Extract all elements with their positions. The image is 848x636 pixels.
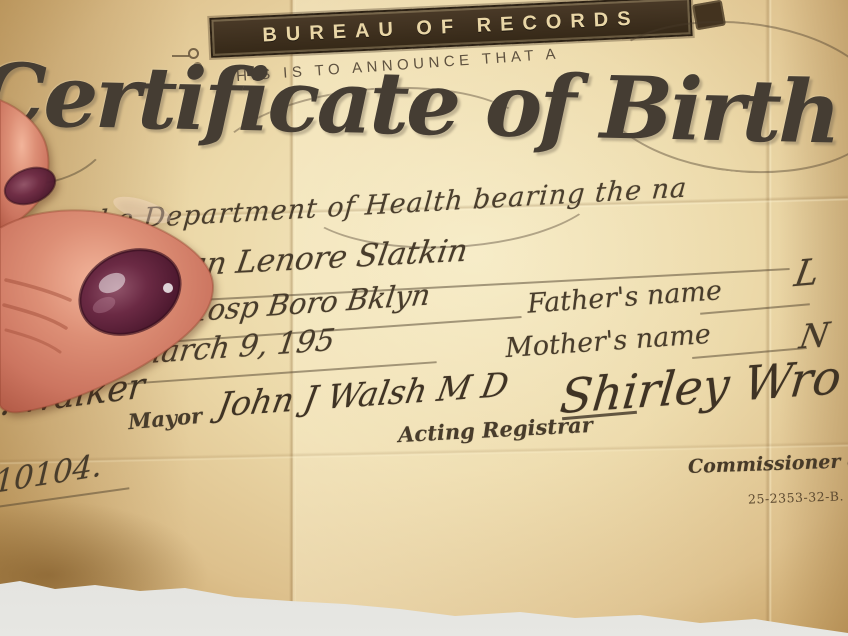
finger (0, 100, 49, 230)
photograph: BUREAU OF RECORDS THIS IS TO ANNOUNCE TH… (0, 0, 848, 636)
hand (0, 90, 232, 450)
nail-shine (163, 283, 173, 293)
